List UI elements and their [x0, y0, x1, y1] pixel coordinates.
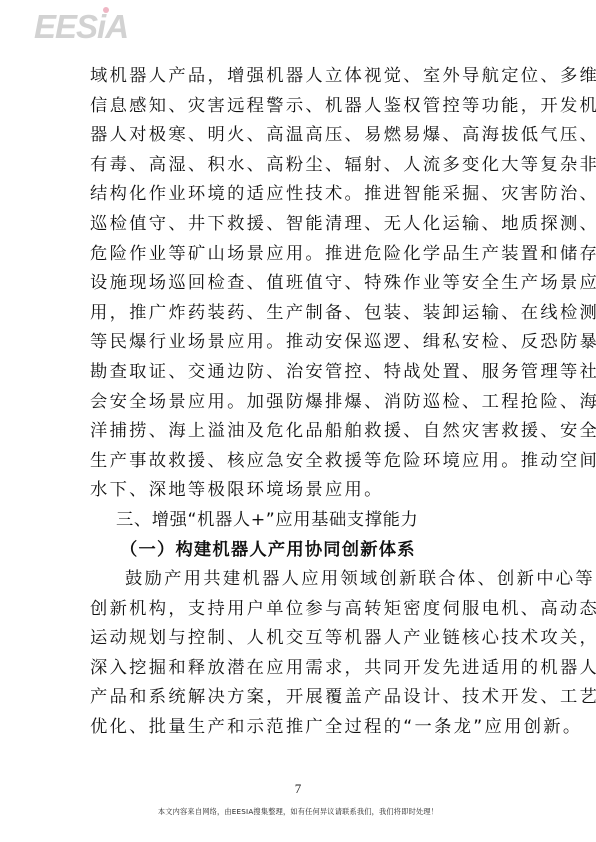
text-line: 有毒、高湿、积水、高粉尘、辐射、人流多变化大等复杂非: [90, 151, 514, 181]
text-line: 创新机构，支持用户单位参与高转矩密度伺服电机、高动态: [90, 595, 514, 625]
text-line: 水下、深地等极限环境场景应用。: [90, 476, 514, 506]
text-line: 会安全场景应用。加强防爆排爆、消防巡检、工程抢险、海: [90, 388, 514, 418]
document-body: 域机器人产品，增强机器人立体视觉、室外导航定位、多维 信息感知、灾害远程警示、机…: [90, 62, 514, 743]
text-line: 危险作业等矿山场景应用。推进危险化学品生产装置和储存: [90, 240, 514, 270]
text-line: 优化、批量生产和示范推广全过程的“一条龙”应用创新。: [90, 713, 514, 743]
text-line: 结构化作业环境的适应性技术。推进智能采掘、灾害防治、: [90, 180, 514, 210]
text-line: 产品和系统解决方案，开展覆盖产品设计、技术开发、工艺: [90, 683, 514, 713]
text-line: 巡检值守、井下救援、智能清理、无人化运输、地质探测、: [90, 210, 514, 240]
text-line: 用，推广炸药装药、生产制备、包装、装卸运输、在线检测: [90, 299, 514, 329]
paragraph-1: 域机器人产品，增强机器人立体视觉、室外导航定位、多维 信息感知、灾害远程警示、机…: [90, 62, 514, 506]
text-line: 深入挖掘和释放潜在应用需求，共同开发先进适用的机器人: [90, 654, 514, 684]
text-line: 等民爆行业场景应用。推动安保巡逻、缉私安检、反恐防暴、: [90, 328, 514, 358]
logo-i-accent: i: [97, 8, 105, 45]
eesia-logo: EESiA: [34, 10, 128, 43]
text-line: 生产事故救援、核应急安全救援等危险环境应用。推动空间、: [90, 447, 514, 477]
footer-disclaimer: 本文内容来自网络，由EESIA搜集整理，如有任何异议请联系我们，我们将即时处理！: [0, 807, 596, 817]
section-heading: 三、增强“机器人+”应用基础支撑能力: [90, 506, 514, 536]
text-line: 鼓励产用共建机器人应用领域创新联合体、创新中心等: [90, 565, 514, 595]
text-line: 器人对极寒、明火、高温高压、易燃易爆、高海拔低气压、: [90, 121, 514, 151]
text-line: 域机器人产品，增强机器人立体视觉、室外导航定位、多维: [90, 62, 514, 92]
paragraph-2: 鼓励产用共建机器人应用领域创新联合体、创新中心等 创新机构，支持用户单位参与高转…: [90, 565, 514, 743]
text-line: 勘查取证、交通边防、治安管控、特战处置、服务管理等社: [90, 358, 514, 388]
text-line: 设施现场巡回检查、值班值守、特殊作业等安全生产场景应: [90, 269, 514, 299]
logo-text-suffix: A: [105, 8, 128, 45]
text-line: 洋捕捞、海上溢油及危化品船舶救援、自然灾害救援、安全: [90, 417, 514, 447]
text-line: 运动规划与控制、人机交互等机器人产业链核心技术攻关，: [90, 624, 514, 654]
text-line: 信息感知、灾害远程警示、机器人鉴权管控等功能，开发机: [90, 92, 514, 122]
page-number: 7: [0, 781, 596, 797]
logo-text-prefix: EES: [34, 8, 97, 45]
subsection-heading: （一）构建机器人产用协同创新体系: [90, 536, 514, 566]
